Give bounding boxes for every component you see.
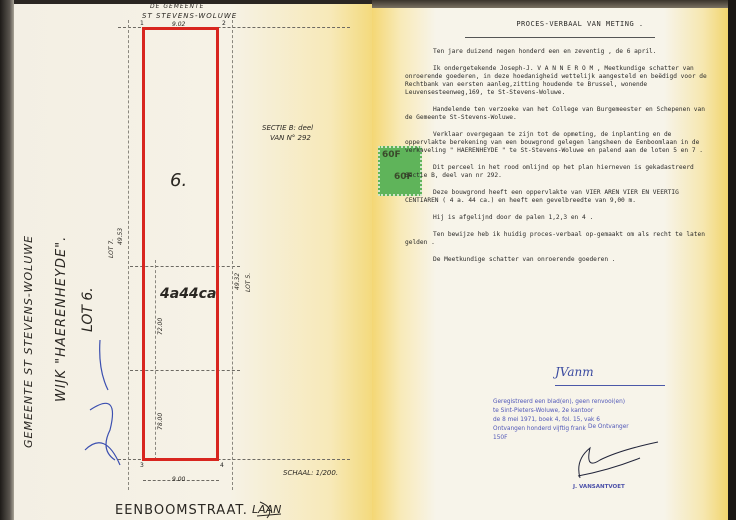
vertical-gemeente-title: GEMEENTE ST STEVENS-WOLUWE — [22, 235, 35, 448]
corner-2: 2 — [222, 20, 226, 27]
paragraph-cadastre: Dit perceel in het rood omlijnd op het p… — [405, 164, 715, 180]
lot-outline — [142, 27, 219, 461]
verbaal-title: PROCES-VERBAAL VAN METING . — [445, 20, 715, 28]
paragraph-area: Deze bouwgrond heeft een oppervlakte van… — [405, 189, 715, 205]
corner-4: 4 — [220, 462, 224, 469]
lot-number: 6. — [170, 170, 187, 191]
receiver-signature — [570, 440, 660, 480]
inner-dim-1: 72.00 — [157, 318, 164, 335]
registration-line-1: Geregistreerd een blad(en), geen renvooi… — [493, 398, 629, 407]
scale-label: SCHAAL: 1/200. — [283, 469, 338, 477]
receiver-name: J. VANSANTVOET — [573, 484, 625, 490]
sectie-label: SECTIE B: deel — [262, 124, 313, 132]
registration-stamp: Geregistreerd een blad(en), geen renvooi… — [493, 398, 629, 432]
vertical-wijk-title: WIJK "HAERENHEYDE". — [54, 236, 69, 402]
plan-header-gemeente: DE GEMEENTE — [150, 3, 204, 10]
paragraph-date: Ten jare duizend negen honderd een en ze… — [405, 48, 715, 56]
right-dim-line — [232, 20, 233, 490]
corner-1: 1 — [140, 20, 144, 27]
paragraph-signoff: De Meetkundige schatter van onroerende g… — [405, 256, 715, 264]
right-edge — [728, 0, 736, 520]
lot-left-label: LOT 7. — [108, 239, 115, 258]
lot-right-label: LOT 5. — [245, 273, 252, 292]
corner-3: 3 — [140, 462, 144, 469]
paragraph-boundaries: Hij is afgelijnd door de palen 1,2,3 en … — [405, 214, 715, 222]
sectie-number: VAN N° 292 — [270, 134, 311, 142]
title-underline — [465, 37, 655, 38]
street-name: EENBOOMSTRAAT. — [115, 503, 248, 518]
paragraph-declaration: Verklaar overgegaan te zijn tot de opmet… — [405, 131, 715, 155]
paragraph-request: Handelende ten verzoeke van het College … — [405, 106, 715, 122]
stamp-value-top: 60F — [382, 150, 401, 160]
receiver-title: De Ontvanger — [588, 423, 629, 432]
paragraph-surveyor: Ik ondergetekende Joseph-J. V A N N E R … — [405, 65, 715, 97]
front-width: 9.00 — [172, 476, 185, 483]
laan-initial-mark — [255, 500, 285, 520]
plan-header-name: ST STEVENS-WOLUWE — [142, 12, 237, 20]
inner-dim-2: 78.00 — [157, 413, 164, 430]
binding-edge — [0, 0, 14, 520]
right-length: 49.32 — [234, 273, 241, 290]
registration-line-2: te Sint-Pieters-Woluwe, 2e kantoor — [493, 407, 629, 416]
paragraph-conclusion: Ten bewijze heb ik huidig proces-verbaal… — [405, 231, 715, 247]
document-spread: DE GEMEENTE ST STEVENS-WOLUWE 9.02 1 2 3… — [0, 0, 736, 520]
surveyor-signature: JVanm — [555, 365, 665, 386]
left-length: 49.53 — [117, 228, 124, 245]
verbaal-text: PROCES-VERBAAL VAN METING . Ten jare dui… — [405, 20, 715, 273]
blue-ink-scribble — [80, 330, 130, 470]
vertical-lot-title: LOT 6. — [80, 287, 96, 332]
lot-area: 4a44ca — [160, 286, 216, 302]
